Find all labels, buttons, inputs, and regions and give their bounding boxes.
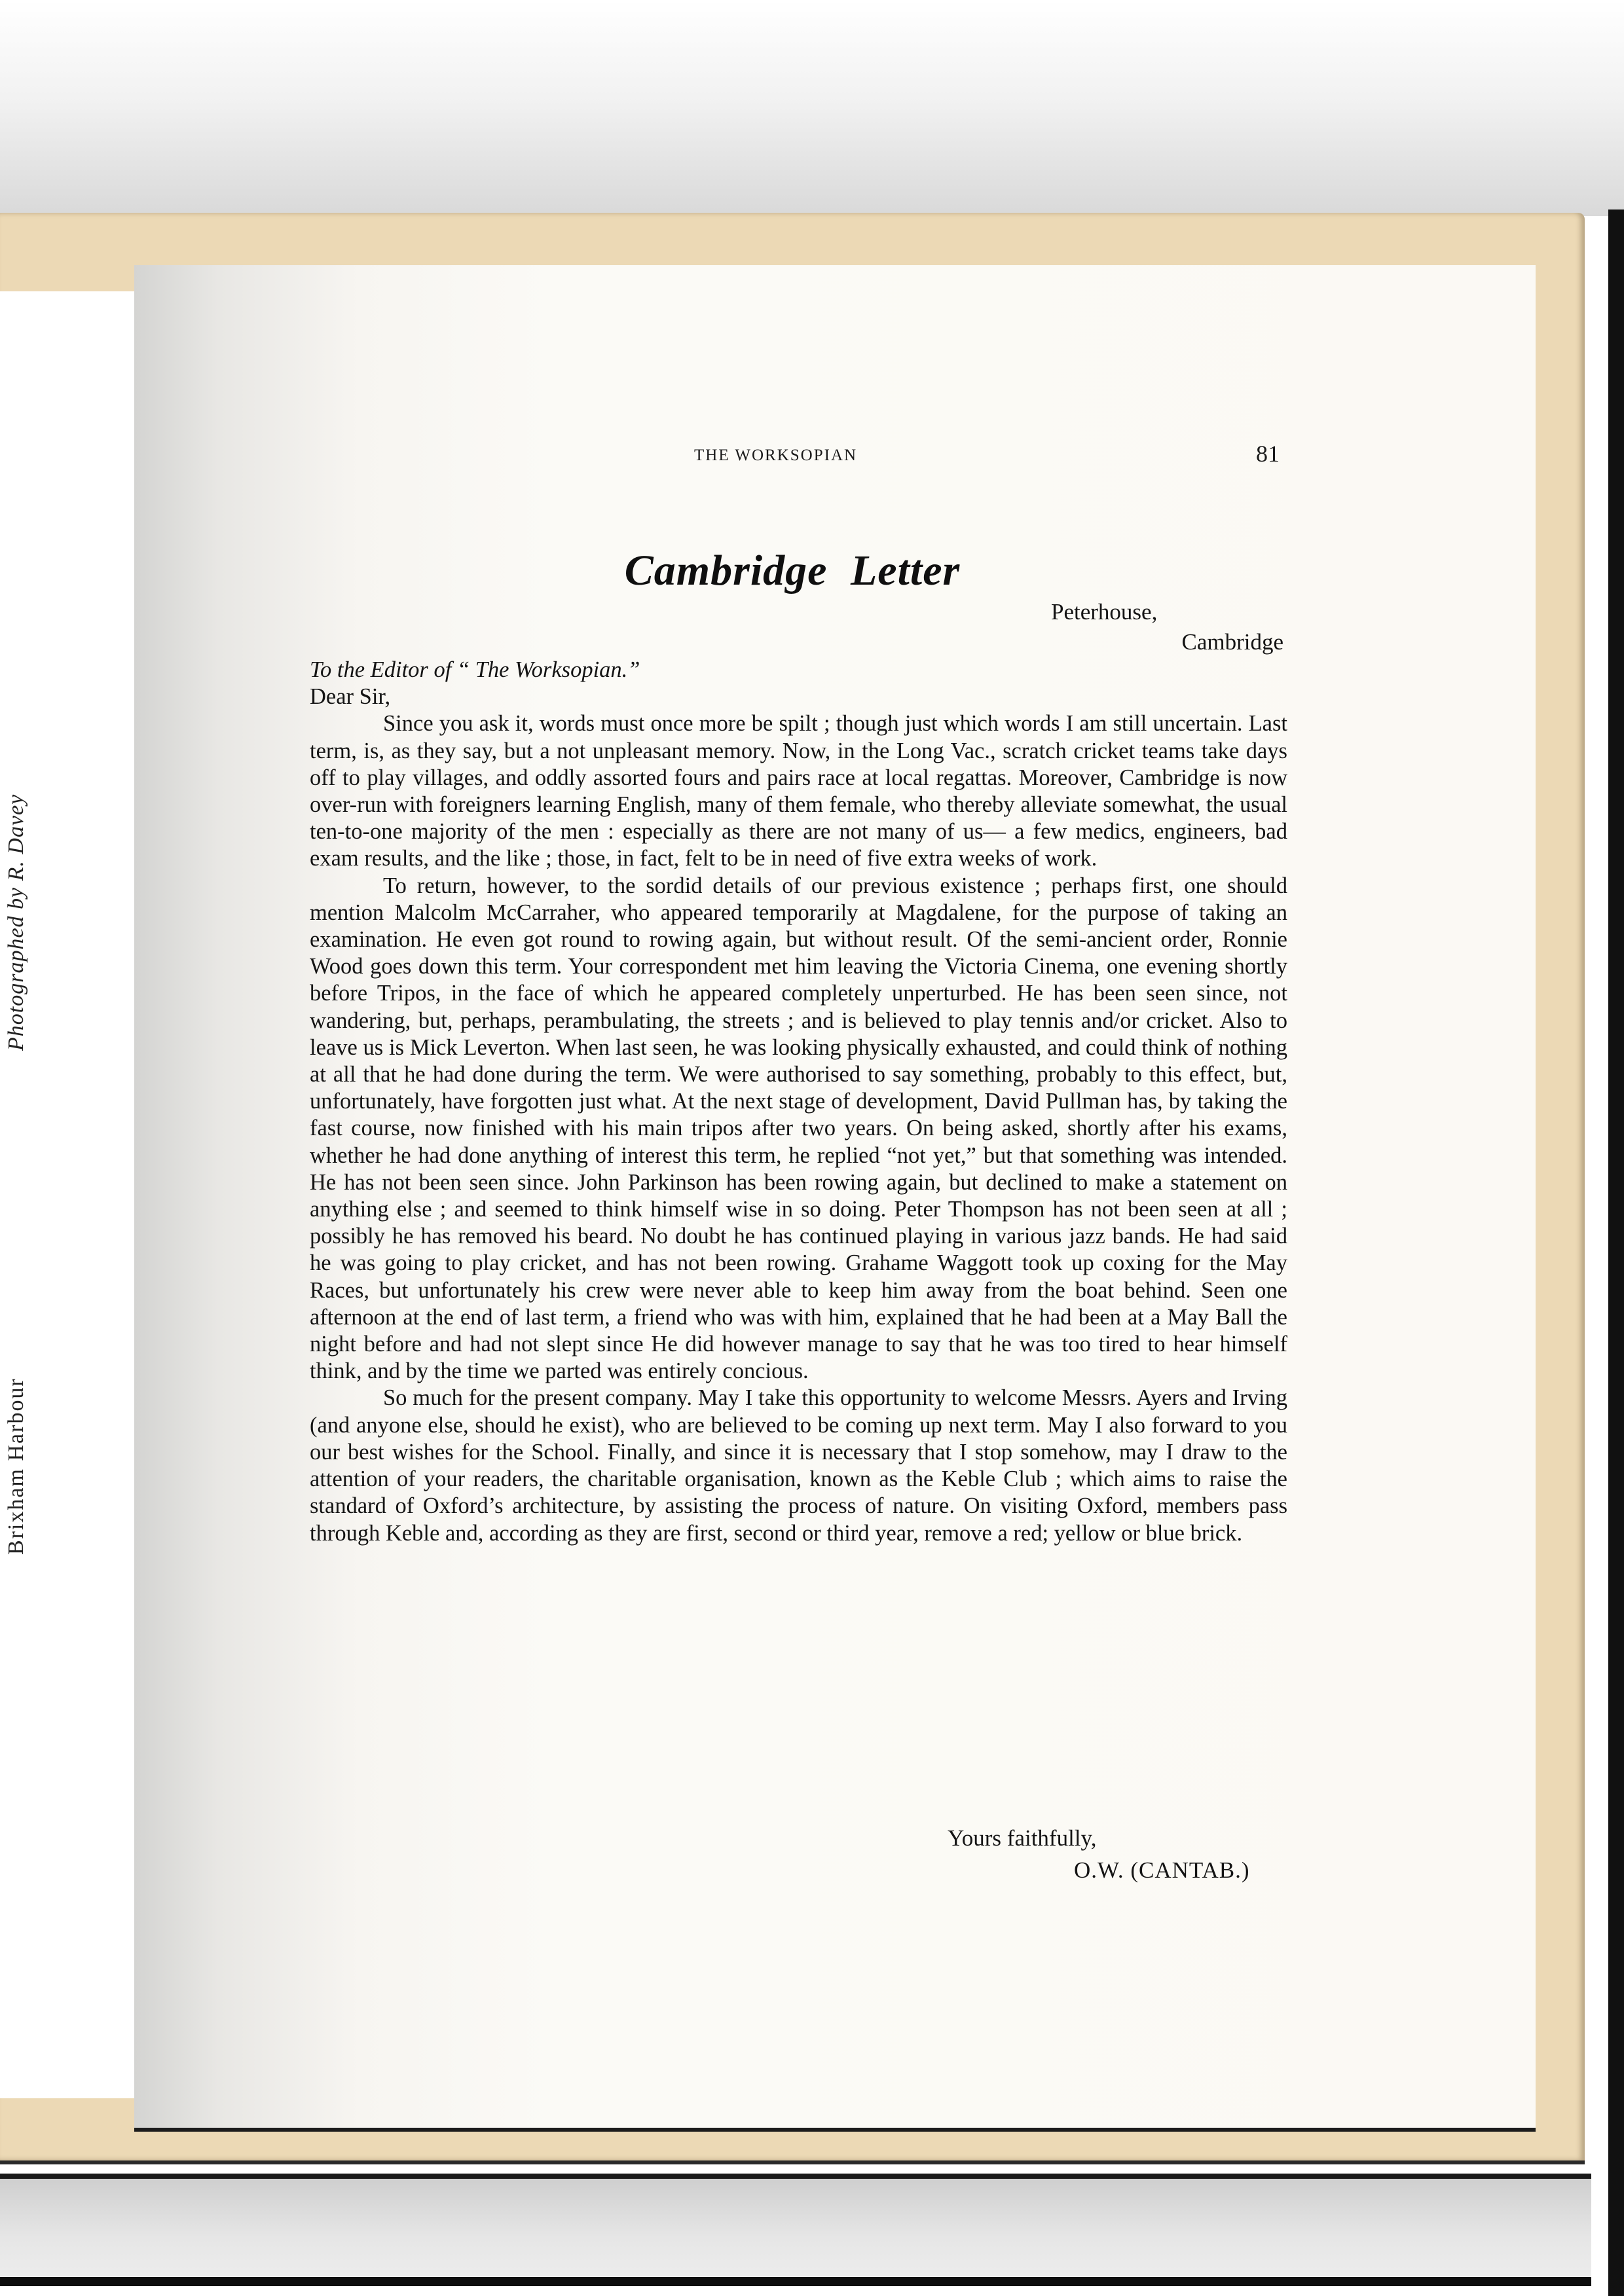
paragraph: To return, however, to the sordid detail… <box>310 873 1287 1385</box>
facing-page-strip: Photographed by R. Davey Brixham Harbour <box>0 291 138 2098</box>
running-head: THE WORKSOPIAN <box>694 446 857 465</box>
scanner-edge <box>1608 210 1624 2296</box>
photo-place-caption: Brixham Harbour <box>4 1377 29 1555</box>
closing-line: Yours faithfully, <box>948 1825 1097 1851</box>
signature: O.W. (CANTAB.) <box>1074 1857 1250 1884</box>
letter-body: To the Editor of “ The Worksopian.” Dear… <box>310 657 1287 1547</box>
address-line-1: Peterhouse, <box>851 597 1283 627</box>
photo-credit-caption: Photographed by R. Davey <box>4 794 29 1051</box>
greeting: Dear Sir, <box>310 683 1287 710</box>
addressee-line: To the Editor of “ The Worksopian.” <box>310 657 1287 683</box>
scanner-background-bottom <box>0 2174 1591 2286</box>
address-line-2: Cambridge <box>851 627 1283 657</box>
paragraph: So much for the present company. May I t… <box>310 1385 1287 1546</box>
sender-address: Peterhouse, Cambridge <box>851 597 1283 657</box>
article-title: Cambridge Letter <box>589 546 995 596</box>
paragraph: Since you ask it, words must once more b… <box>310 710 1287 872</box>
scanner-background-top <box>0 0 1624 216</box>
page-number: 81 <box>1256 440 1280 467</box>
